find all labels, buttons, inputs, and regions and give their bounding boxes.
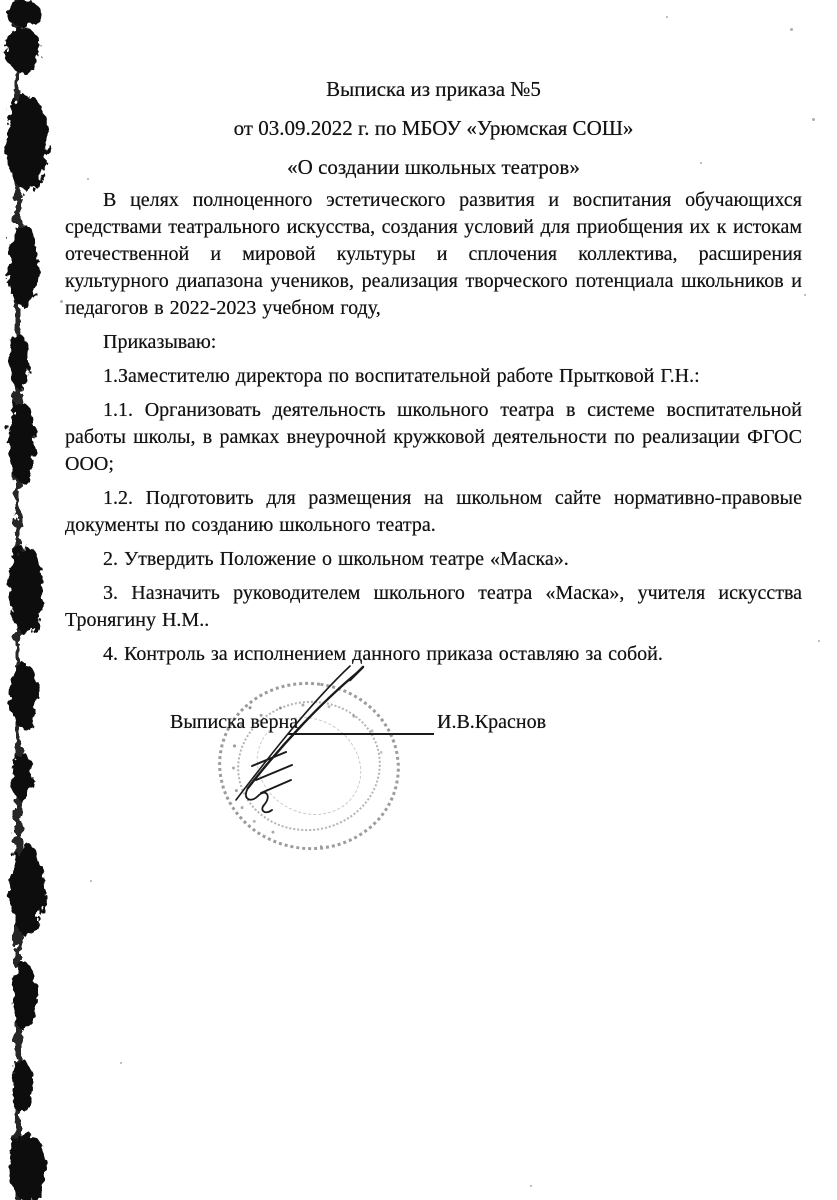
title-line-date-org: от 03.09.2022 г. по МБОУ «Урюмская СОШ»	[65, 109, 802, 148]
noise-speck	[320, 845, 322, 847]
noise-speck	[87, 178, 89, 180]
noise-speck	[818, 640, 820, 642]
paragraph-item-1-2: 1.2. Подготовить для размещения на школь…	[65, 485, 802, 539]
noise-speck	[60, 300, 63, 303]
document-title: Выписка из приказа №5 от 03.09.2022 г. п…	[65, 70, 802, 187]
paragraph-item-3: 3. Назначить руководителем школьного теа…	[65, 580, 802, 634]
handwritten-signature	[200, 640, 470, 830]
title-line-subject: «О создании школьных театров»	[65, 148, 802, 187]
noise-speck	[530, 1185, 532, 1187]
noise-speck	[120, 1062, 122, 1064]
paragraph-item-1-1: 1.1. Организовать деятельность школьного…	[65, 397, 802, 478]
paragraph-item-2: 2. Утвердить Положение о школьном театре…	[65, 546, 802, 573]
paragraph-preamble: В целях полноценного эстетического разви…	[65, 187, 802, 322]
noise-speck	[95, 530, 97, 532]
noise-speck	[804, 294, 806, 296]
paragraph-prikazyvayu: Приказываю:	[65, 329, 802, 356]
noise-speck	[790, 28, 793, 31]
scanned-document-page: Выписка из приказа №5 от 03.09.2022 г. п…	[0, 0, 837, 1200]
noise-speck	[700, 162, 702, 164]
noise-speck	[812, 118, 815, 121]
title-line-order-number: Выписка из приказа №5	[65, 70, 802, 109]
noise-speck	[666, 16, 668, 18]
noise-speck	[90, 880, 92, 882]
binding-ink-marks	[0, 0, 70, 1200]
document-body: Выписка из приказа №5 от 03.09.2022 г. п…	[65, 0, 802, 675]
paragraph-item-1: 1.Заместителю директора по воспитательно…	[65, 363, 802, 390]
